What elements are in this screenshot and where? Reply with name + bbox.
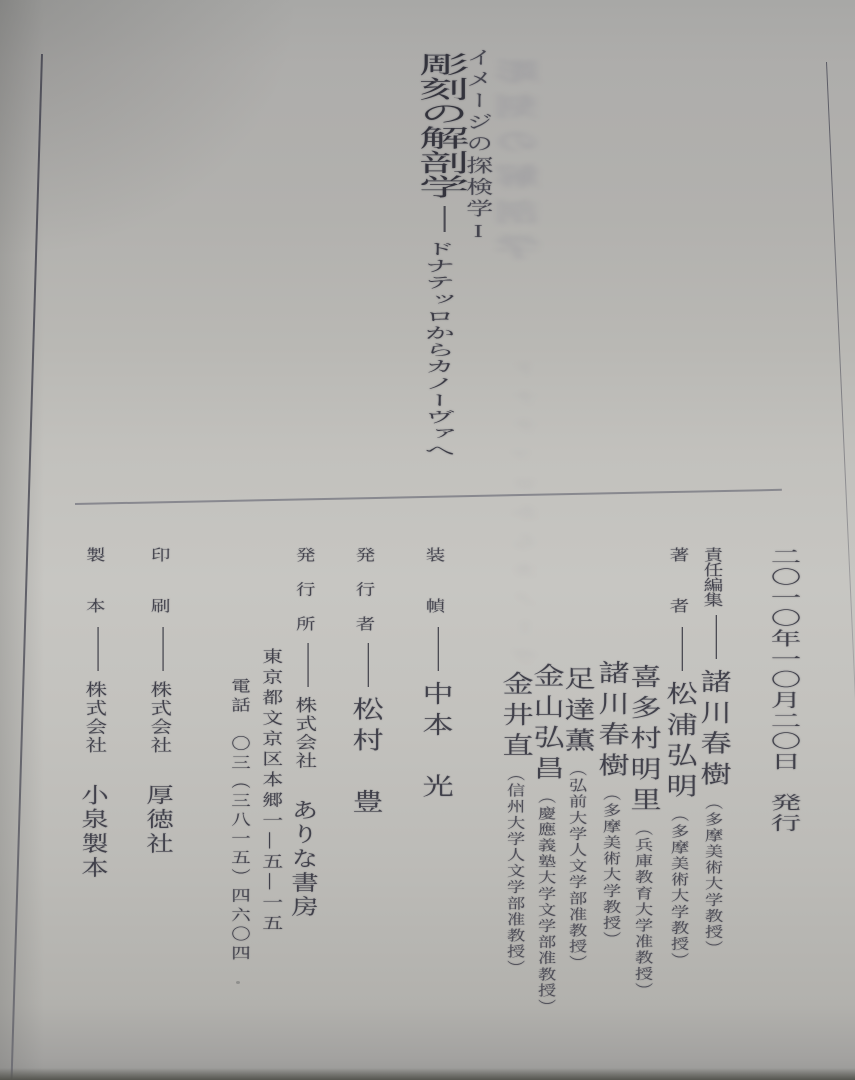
printer-entry: 印刷 株式会社 厚徳社 — [142, 547, 175, 856]
author-entry: 金井直 （信州大学人文学部准教授） — [494, 671, 531, 976]
photo-corner-vignette — [0, 0, 300, 260]
editor-affiliation: （多摩美術大学教授） — [702, 796, 722, 957]
author-name: 金井直 — [497, 671, 531, 763]
editor-name: 諸川春樹 — [695, 669, 729, 792]
author-entry: 諸川春樹 （多摩美術大学教授） — [590, 660, 627, 948]
publication-date: 二〇一〇年一〇月二〇日 発行 — [765, 547, 802, 834]
publisher-company-prefix: 株式会社 — [292, 697, 317, 771]
authors-dash — [682, 627, 684, 671]
author-affiliation: （多摩美術大学教授） — [668, 808, 688, 969]
showthrough-text-title: 彫刻の解剖学 — [494, 58, 547, 269]
publisher-phone: 電話 〇三（三八一五）四六〇四 — [227, 678, 250, 964]
editor-dash — [716, 615, 718, 659]
title-block: 彫刻の解剖学 ドナテッロからカノーヴァへ — [406, 52, 466, 459]
design-label: 装幀 — [423, 547, 444, 649]
binder-label: 製本 — [83, 547, 104, 649]
author-affiliation: （慶應義塾大学文学部准教授） — [535, 790, 555, 1015]
editor-label: 責任編集 — [701, 547, 722, 607]
publisher-company-name: ありな書房 — [288, 799, 319, 920]
publisher-entry: 発行所 株式会社 ありな書房 — [287, 547, 320, 920]
author-name: 足達薫 — [559, 666, 593, 758]
publisher-person-name: 松村 豊 — [347, 697, 381, 820]
book-title: 彫刻の解剖学 — [410, 52, 465, 199]
binder-dash — [98, 627, 100, 671]
paper-speck — [236, 981, 240, 984]
author-entry: 著者 松浦弘明 （多摩美術大学教授） — [658, 547, 695, 969]
author-affiliation: （信州大学人文学部准教授） — [504, 767, 524, 976]
design-entry: 装幀 中本 光 — [414, 547, 451, 804]
designer-name: 中本 光 — [417, 681, 451, 804]
title-subtitle-dash — [443, 206, 445, 232]
author-name: 松浦弘明 — [661, 681, 695, 804]
editor-entry: 責任編集 諸川春樹 （多摩美術大学教授） — [692, 547, 729, 957]
printer-label: 印刷 — [148, 547, 169, 649]
author-entry: 喜多村明里 （兵庫教育大学准教授） — [622, 664, 659, 999]
publisher-person-label: 発行者 — [353, 547, 374, 651]
book-colophon-photo: 彫刻の解剖学 ドナテッロからカノーヴァへ イメージの探検学I 彫刻の解剖学 ドナ… — [0, 0, 855, 1080]
author-name: 金山弘昌 — [528, 663, 562, 786]
printer-dash — [163, 627, 165, 671]
author-name: 諸川春樹 — [593, 660, 627, 783]
binder-company-prefix: 株式会社 — [82, 681, 107, 755]
design-dash — [438, 627, 440, 671]
author-affiliation: （多摩美術大学教授） — [600, 787, 620, 948]
publisher-person-entry: 発行者 松村 豊 — [344, 547, 381, 819]
binder-company-name: 小泉製本 — [78, 784, 109, 881]
publisher-person-dash — [368, 643, 370, 687]
publisher-dash — [308, 643, 310, 687]
printer-company-prefix: 株式会社 — [147, 681, 172, 755]
book-subtitle: ドナテッロからカノーヴァへ — [420, 241, 454, 459]
publisher-address: 東京都文京区本郷一―五―一五 — [258, 648, 283, 935]
author-affiliation: （弘前大学人文学部准教授） — [566, 762, 586, 971]
author-affiliation: （兵庫教育大学准教授） — [632, 822, 652, 999]
photo-bottom-shadow — [0, 1068, 855, 1080]
printer-company-name: 厚徳社 — [143, 784, 174, 856]
author-name: 喜多村明里 — [625, 664, 659, 818]
authors-label: 著者 — [667, 547, 688, 649]
binder-entry: 製本 株式会社 小泉製本 — [77, 547, 110, 881]
publisher-label: 発行所 — [293, 547, 314, 651]
